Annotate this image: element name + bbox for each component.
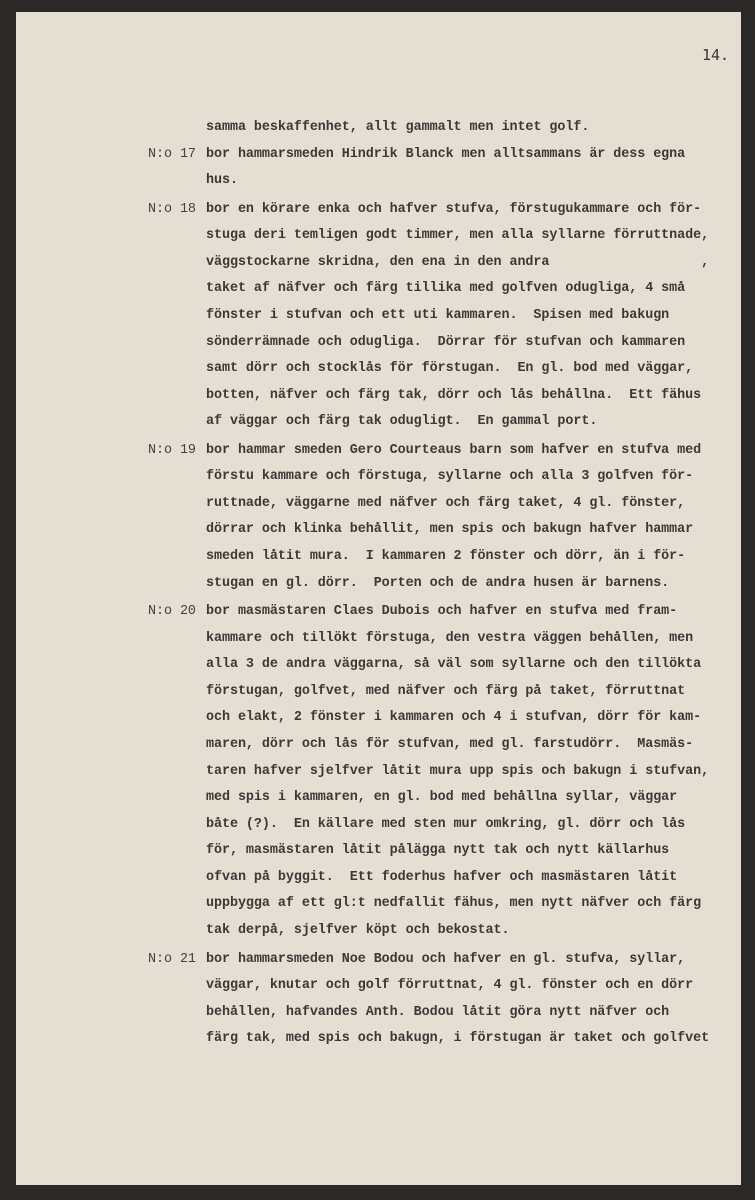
text-line: bor hammarsmeden Hindrik Blanck men allt… — [206, 147, 685, 162]
page-number: 14. — [702, 46, 729, 64]
text-line: kammare och tillökt förstuga, den vestra… — [206, 631, 693, 646]
text-line: bor en körare enka och hafver stufva, fö… — [206, 202, 701, 217]
text-line: bor hammar smeden Gero Courteaus barn so… — [206, 443, 701, 458]
text-line: smeden låtit mura. I kammaren 2 fönster … — [206, 549, 685, 564]
text-line: förstugan, golfvet, med näfver och färg … — [206, 684, 685, 699]
entry-label: N:o 20 — [148, 604, 196, 619]
text-line: uppbygga af ett gl:t nedfallit fähus, me… — [206, 896, 701, 911]
text-line: färg tak, med spis och bakugn, i förstug… — [206, 1031, 709, 1046]
text-line: taket af näfver och färg tillika med gol… — [206, 281, 685, 296]
document-page: 14. samma beskaffenhet, allt gammalt men… — [16, 12, 741, 1185]
text-line: samt dörr och stocklås för förstugan. En… — [206, 361, 693, 376]
text-line: bor hammarsmeden Noe Bodou och hafver en… — [206, 952, 685, 967]
text-line: botten, näfver och färg tak, dörr och lå… — [206, 388, 701, 403]
text-line: sönderrämnade och odugliga. Dörrar för s… — [206, 335, 685, 350]
text-line: ruttnade, väggarne med näfver och färg t… — [206, 496, 685, 511]
text-line: ofvan på byggit. Ett foderhus hafver och… — [206, 870, 677, 885]
text-line: stugan en gl. dörr. Porten och de andra … — [206, 576, 669, 591]
text-line: dörrar och klinka behållit, men spis och… — [206, 522, 693, 537]
text-line: taren hafver sjelfver låtit mura upp spi… — [206, 764, 709, 779]
text-line: maren, dörr och lås för stufvan, med gl.… — [206, 737, 693, 752]
text-line: alla 3 de andra väggarna, så väl som syl… — [206, 657, 701, 672]
text-line: båte (?). En källare med sten mur omkrin… — [206, 817, 685, 832]
text-line: för, masmästaren låtit pålägga nytt tak … — [206, 843, 669, 858]
text-line: och elakt, 2 fönster i kammaren och 4 i … — [206, 710, 701, 725]
text-line: af väggar och färg tak odugligt. En gamm… — [206, 414, 597, 429]
entry-label: N:o 18 — [148, 202, 196, 217]
text-line: tak derpå, sjelfver köpt och bekostat. — [206, 923, 509, 938]
entry-label: N:o 17 — [148, 147, 196, 162]
text-line: väggstockarne skridna, den ena in den an… — [206, 255, 709, 270]
text-line: stuga deri temligen godt timmer, men all… — [206, 228, 709, 243]
text-line: hus. — [206, 173, 238, 188]
text-line: väggar, knutar och golf förruttnat, 4 gl… — [206, 978, 693, 993]
entry-label: N:o 21 — [148, 952, 196, 967]
text-line: behållen, hafvandes Anth. Bodou låtit gö… — [206, 1005, 669, 1020]
text-line: med spis i kammaren, en gl. bod med behå… — [206, 790, 677, 805]
entry-label: N:o 19 — [148, 443, 196, 458]
text-line: bor masmästaren Claes Dubois och hafver … — [206, 604, 677, 619]
text-line: förstu kammare och förstuga, syllarne oc… — [206, 469, 693, 484]
text-line: samma beskaffenhet, allt gammalt men int… — [206, 120, 589, 135]
text-line: fönster i stufvan och ett uti kammaren. … — [206, 308, 669, 323]
